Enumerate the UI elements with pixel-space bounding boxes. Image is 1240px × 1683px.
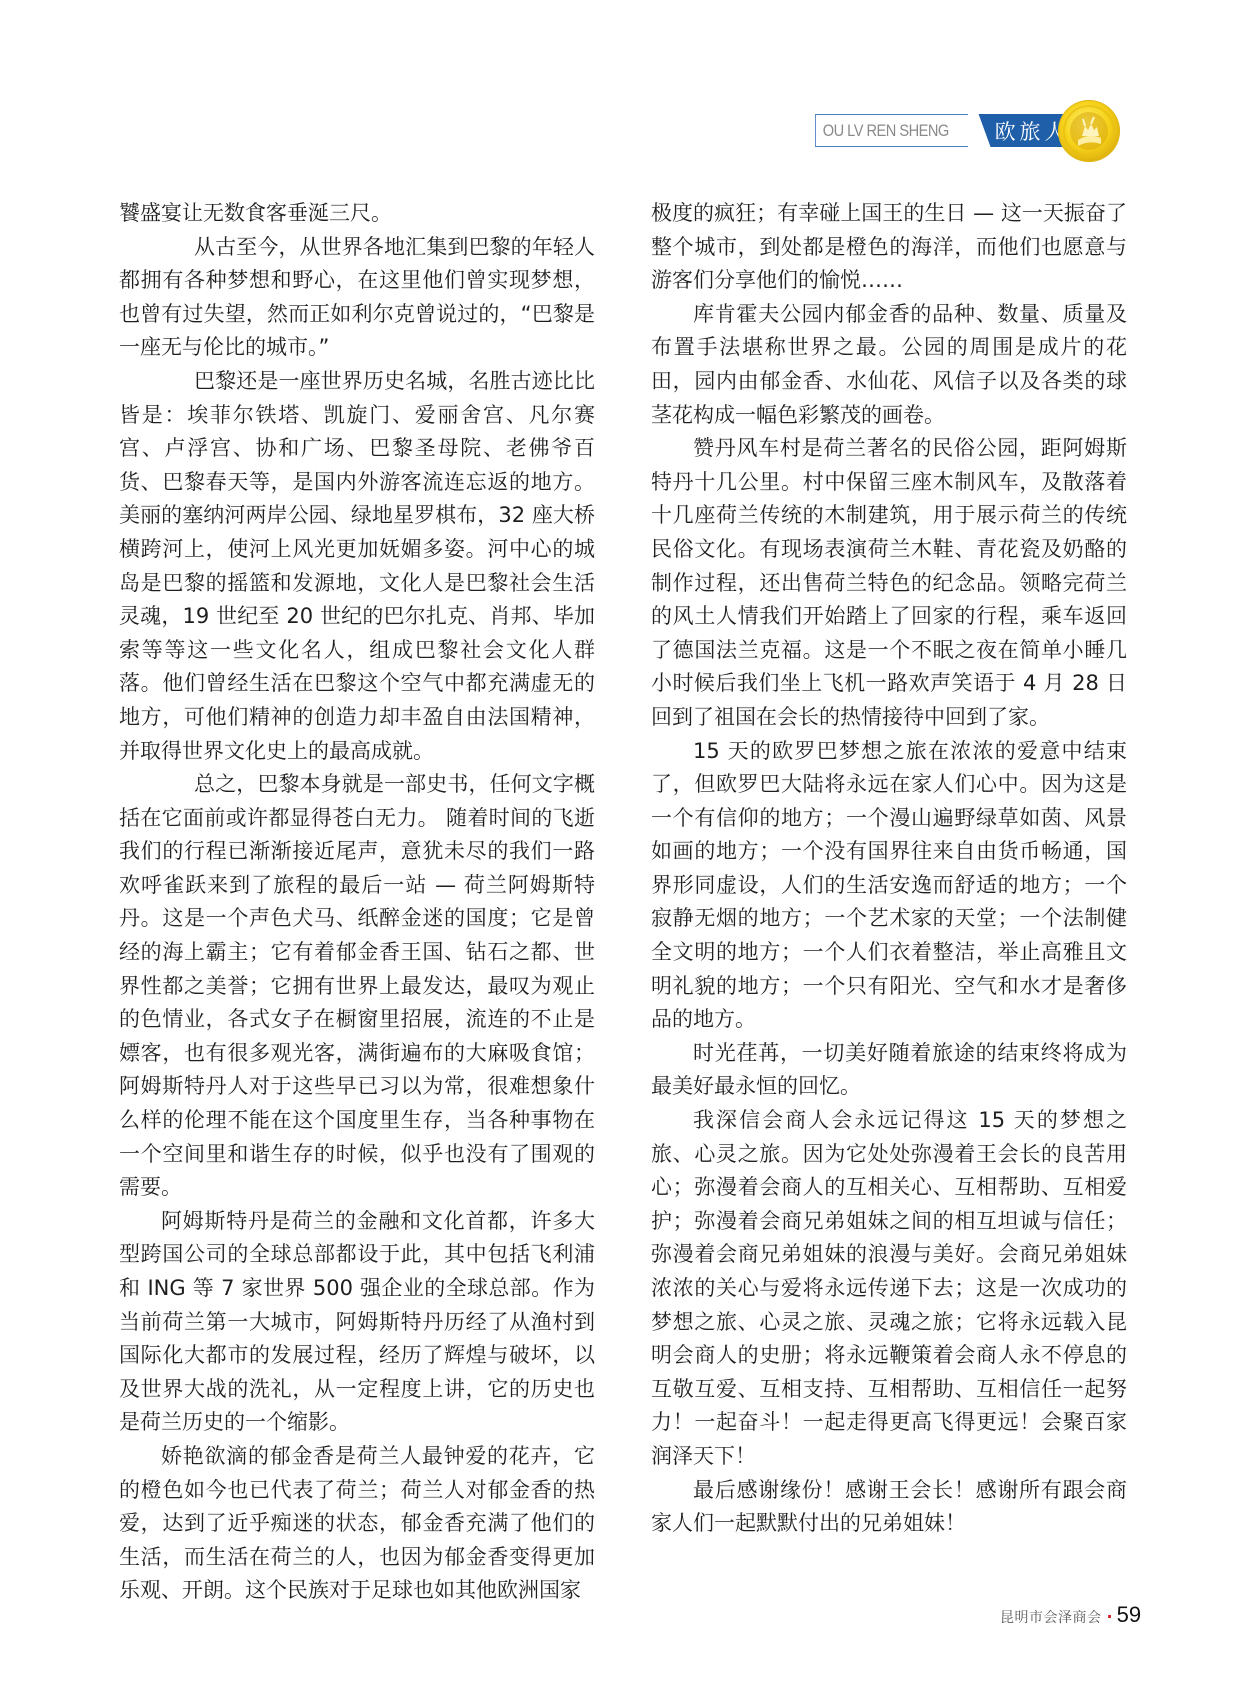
paragraph: 我深信会商人会永远记得这 15 天的梦想之旅、心灵之旅。因为它处处弥漫着王会长的… — [651, 1104, 1127, 1474]
page-number: 59 — [1117, 1602, 1141, 1628]
publication-name: 昆明市会泽商会 — [1000, 1607, 1102, 1627]
paragraph: 赞丹风车村是荷兰著名的民俗公园，距阿姆斯特丹十几公里。村中保留三座木制风车，及散… — [651, 432, 1127, 734]
gold-coin-logo-icon — [1058, 100, 1120, 162]
article-column-left: 饕盛宴让无数食客垂涎三尺。 从古至今，从世界各地汇集到巴黎的年轻人都拥有各种梦想… — [119, 197, 595, 1608]
paragraph: 阿姆斯特丹是荷兰的金融和文化首都，许多大型跨国公司的全球总部都设于此，其中包括飞… — [119, 1205, 595, 1440]
footer-separator: · — [1107, 1607, 1113, 1626]
paragraph: 15 天的欧罗巴梦想之旅在浓浓的爱意中结束了，但欧罗巴大陆将永远在家人们心中。因… — [651, 735, 1127, 1037]
paragraph: 巴黎还是一座世界历史名城，名胜古迹比比皆是：埃菲尔铁塔、凯旋门、爱丽舍宫、凡尔赛… — [119, 365, 595, 768]
section-title-english: OU LV REN SHENG — [815, 114, 968, 147]
paragraph: 极度的疯狂；有幸碰上国王的生日 — 这一天振奋了整个城市，到处都是橙色的海洋，而… — [651, 197, 1127, 298]
page-footer: 昆明市会泽商会 · 59 — [1000, 1602, 1141, 1628]
paragraph: 从古至今，从世界各地汇集到巴黎的年轻人都拥有各种梦想和野心，在这里他们曾实现梦想… — [119, 231, 595, 365]
paragraph: 最后感谢缘份！感谢王会长！感谢所有跟会商家人们一起默默付出的兄弟姐妹！ — [651, 1474, 1127, 1541]
paragraph: 娇艳欲滴的郁金香是荷兰人最钟爱的花卉，它的橙色如今也已代表了荷兰；荷兰人对郁金香… — [119, 1440, 595, 1608]
paragraph: 时光荏苒，一切美好随着旅途的结束终将成为最美好最永恒的回忆。 — [651, 1037, 1127, 1104]
article-column-right: 极度的疯狂；有幸碰上国王的生日 — 这一天振奋了整个城市，到处都是橙色的海洋，而… — [651, 197, 1127, 1541]
paragraph: 饕盛宴让无数食客垂涎三尺。 — [119, 197, 595, 231]
paragraph: 总之，巴黎本身就是一部史书，任何文字概括在它面前或许都显得苍白无力。 随着时间的… — [119, 768, 595, 1205]
paragraph: 库肯霍夫公园内郁金香的品种、数量、质量及布置手法堪称世界之最。公园的周围是成片的… — [651, 298, 1127, 432]
